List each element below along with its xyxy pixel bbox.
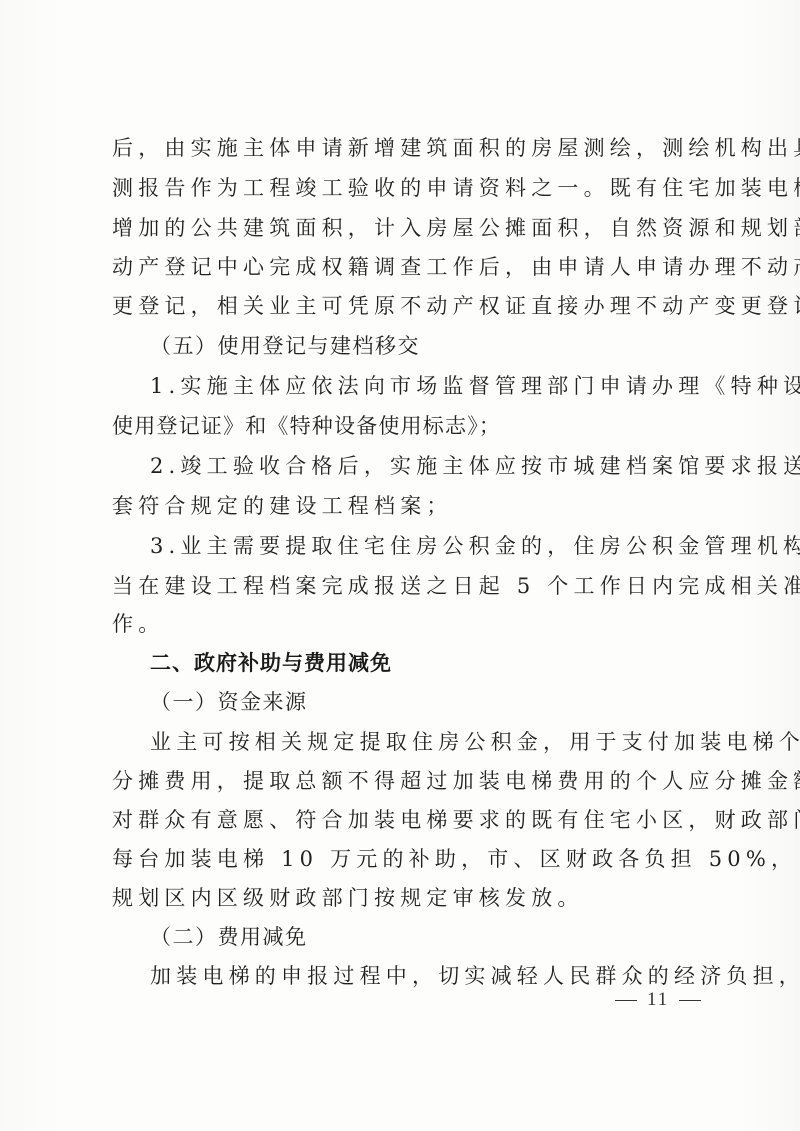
body-text-line: 每台加装电梯 10 万元的补助，市、区财政各负担 50%，由市城市 — [112, 839, 682, 879]
section-heading-usage-registration: （五）使用登记与建档移交 — [150, 326, 682, 366]
body-text-line: 测报告作为工程竣工验收的申请资料之一。既有住宅加装电梯后 — [112, 168, 682, 208]
body-text-line: 业主可按相关规定提取住房公积金，用于支付加装电梯个人 — [150, 722, 682, 762]
subsection-heading-fee-reduction: （二）费用减免 — [150, 917, 682, 957]
page-number: 11 — [605, 985, 711, 1015]
list-item-1-line-2: 使用登记证》和《特种设备使用标志》； — [112, 406, 682, 446]
list-item-3-line-3: 作。 — [112, 604, 682, 644]
body-text-line: 加装电梯的申报过程中，切实减轻人民群众的经济负担，不征 — [150, 956, 682, 996]
body-text-line: 规划区内区级财政部门按规定审核发放。 — [112, 878, 682, 918]
body-text-line: 动产登记中心完成权籍调查工作后，由申请人申请办理不动产变 — [112, 247, 682, 287]
list-item-1-line-1: 1.实施主体应依法向市场监督管理部门申请办理《特种设备 — [150, 366, 682, 406]
list-item-3-line-1: 3.业主需要提取住宅住房公积金的，住房公积金管理机构应 — [150, 526, 682, 566]
document-page: 后，由实施主体申请新增建筑面积的房屋测绘，测绘机构出具的实 测报告作为工程竣工验… — [0, 0, 800, 1131]
body-text-line: 更登记，相关业主可凭原不动产权证直接办理不动产变更登记。 — [112, 286, 682, 326]
body-text-line: 增加的公共建筑面积，计入房屋公摊面积，自然资源和规划部门不 — [112, 208, 682, 248]
body-text-line: 分摊费用，提取总额不得超过加装电梯费用的个人应分摊金额。 — [112, 761, 682, 801]
list-item-2-line-1: 2.竣工验收合格后，实施主体应按市城建档案馆要求报送一 — [150, 446, 682, 486]
body-text-line: 对群众有意愿、符合加装电梯要求的既有住宅小区，财政部门给予 — [112, 800, 682, 840]
subsection-heading-funding-source: （一）资金来源 — [150, 682, 682, 722]
dash-right — [679, 1000, 701, 1001]
dash-left — [615, 1000, 637, 1001]
list-item-3-line-2: 当在建设工程档案完成报送之日起 5 个工作日内完成相关准备工 — [112, 566, 682, 606]
body-text-line: 后，由实施主体申请新增建筑面积的房屋测绘，测绘机构出具的实 — [112, 128, 682, 168]
list-item-2-line-2: 套符合规定的建设工程档案； — [112, 486, 682, 526]
part-heading-government-subsidy: 二、政府补助与费用减免 — [150, 643, 682, 683]
page-number-value: 11 — [647, 989, 669, 1010]
